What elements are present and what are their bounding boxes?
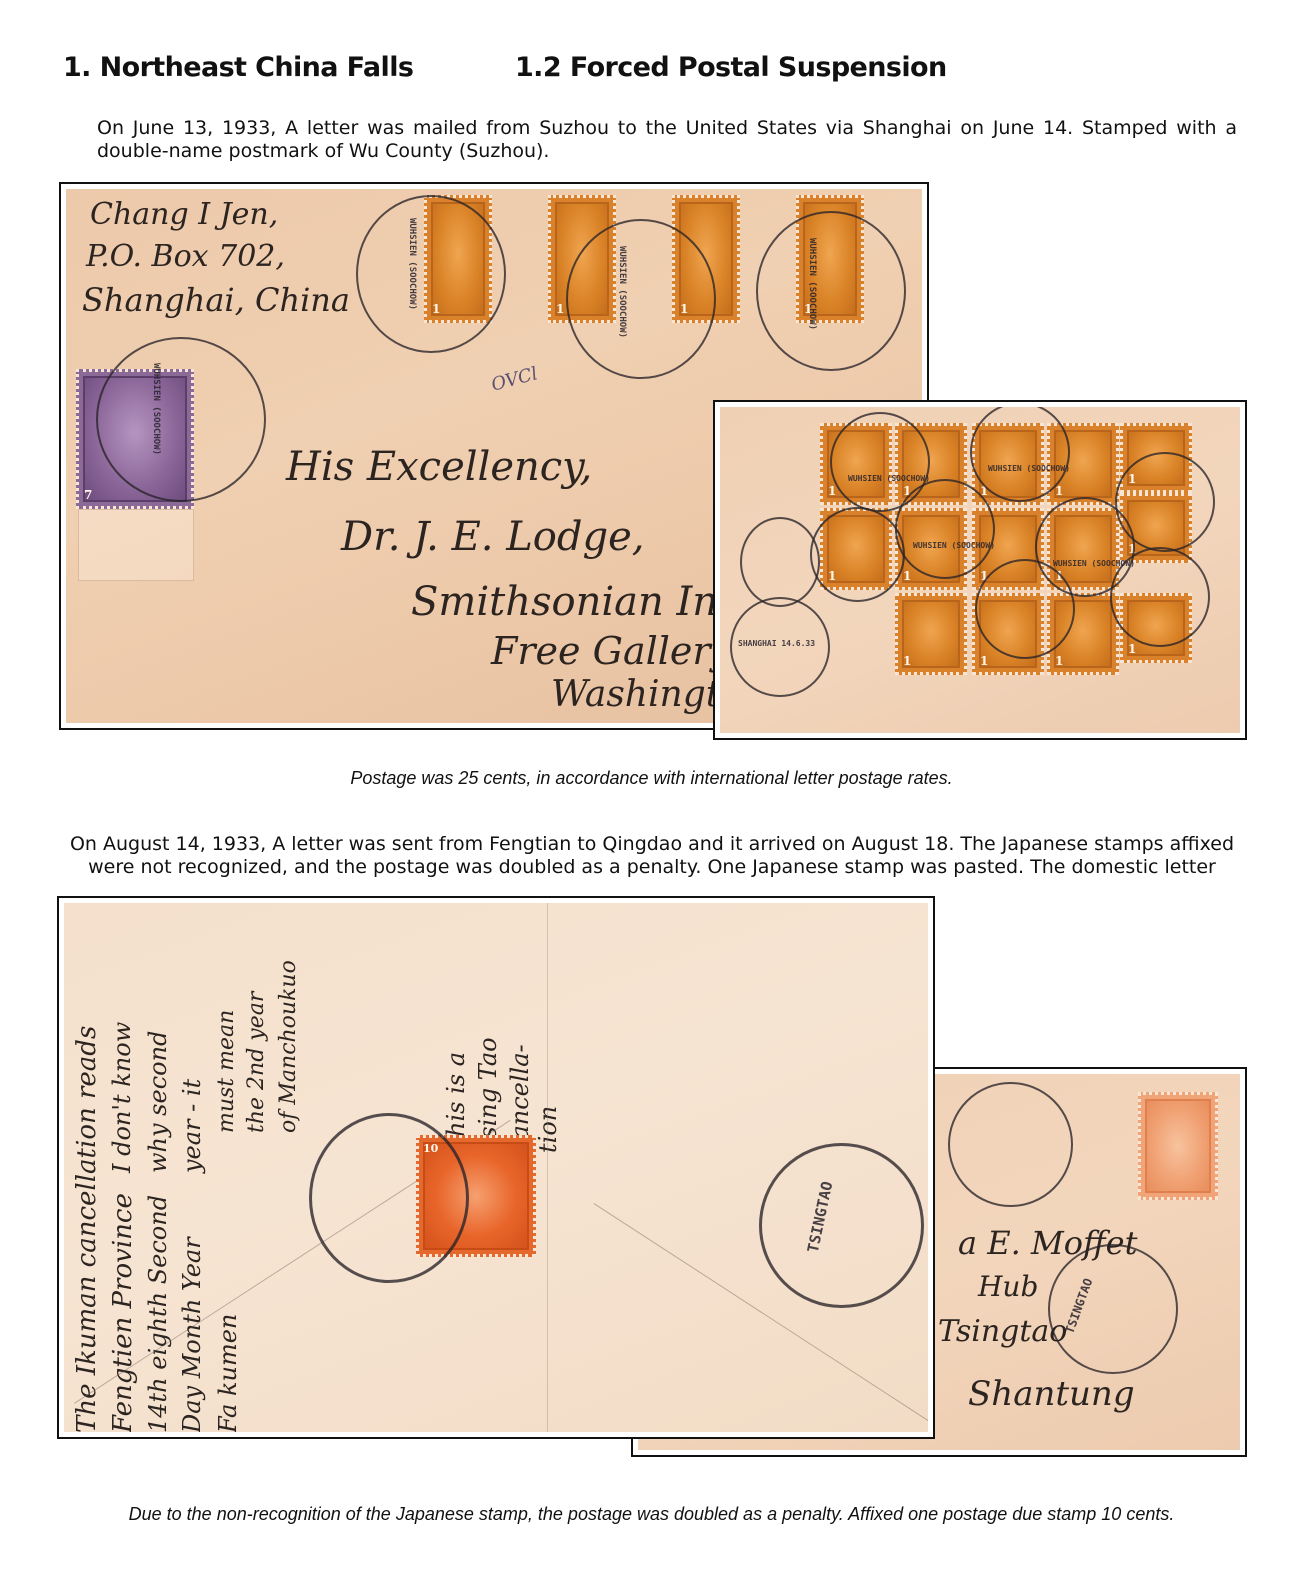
- addressee-line: Hub: [978, 1270, 1038, 1303]
- envelope-flap-edge: [547, 903, 548, 1432]
- annotation-line: The Ikuman cancellation reads: [72, 1026, 102, 1432]
- shanghai-postmark: [740, 517, 820, 607]
- postmark: [948, 1082, 1073, 1207]
- postmark-text: WUHSIEN (SOOCHOW): [807, 238, 817, 330]
- postmark-text: WUHSIEN (SOOCHOW): [848, 474, 930, 483]
- cover1-back-image: 11111111111111WUHSIEN (SOOCHOW)WUHSIEN (…: [713, 400, 1247, 740]
- annotation-line: of Manchoukuo: [276, 960, 301, 1133]
- postmark-text: WUHSIEN (SOOCHOW): [151, 363, 161, 455]
- annotation-line: must mean: [214, 1010, 239, 1133]
- wuhsien-postmark: [756, 211, 906, 371]
- tsingtao-postmark: [759, 1143, 924, 1308]
- addressee-line: Dr. J. E. Lodge,: [341, 514, 644, 560]
- annotation-block: The Ikuman cancellation reads Fengtien P…: [72, 913, 352, 1413]
- addressee-line: Free Gallery: [491, 629, 732, 673]
- sender-line: Chang I Jen,: [90, 197, 278, 232]
- annotation-line: Day Month Year: [178, 1237, 206, 1432]
- pencil-note: OVCl: [489, 363, 540, 395]
- sender-line: Shanghai, China: [82, 281, 350, 319]
- postmark-text: SHANGHAI 14.6.33: [738, 639, 815, 648]
- wuhsien-postmark: [895, 479, 995, 579]
- section-title: 1. Northeast China Falls: [63, 52, 413, 83]
- item1-description: On June 13, 1933, A letter was mailed fr…: [97, 117, 1237, 163]
- annotation-line: the 2nd year: [244, 992, 269, 1133]
- sender-line: P.O. Box 702,: [86, 239, 285, 274]
- annotation-line: year - it: [178, 1079, 206, 1173]
- postmark-text: WUHSIEN (SOOCHOW): [617, 246, 627, 338]
- annotation-line: I don't know: [108, 1022, 136, 1173]
- postmark-text: WUHSIEN (SOOCHOW): [913, 541, 995, 550]
- wuhsien-postmark: [96, 337, 266, 502]
- addressee-line: Smithsonian Ins: [411, 579, 739, 625]
- wuhsien-postmark: [1115, 452, 1215, 552]
- wuhsien-postmark: [566, 219, 716, 379]
- addressee-line: Shantung: [968, 1374, 1135, 1414]
- item2-caption: Due to the non-recognition of the Japane…: [0, 1504, 1303, 1525]
- annotation-line: Fengtien Province: [108, 1193, 138, 1432]
- annotation-line: Fa kumen: [214, 1314, 242, 1432]
- stamp-selvage: [78, 509, 194, 581]
- addressee-line: His Excellency,: [286, 444, 592, 490]
- item2-description: On August 14, 1933, A letter was sent fr…: [62, 833, 1242, 879]
- item1-caption: Postage was 25 cents, in accordance with…: [0, 768, 1303, 789]
- wuhsien-postmark: [356, 195, 506, 353]
- annotation-line: why second: [144, 1031, 172, 1173]
- stamp-1c-orange: 1: [895, 593, 967, 675]
- annotation-line: 14th eighth Second: [144, 1195, 172, 1432]
- japanese-stamp: [1138, 1092, 1218, 1200]
- wuhsien-postmark: [975, 559, 1075, 659]
- wuhsien-postmark: [1110, 547, 1210, 647]
- fengtian-postmark: [309, 1113, 469, 1283]
- postmark-text: WUHSIEN (SOOCHOW): [407, 218, 417, 310]
- arrow-note-line: tion: [534, 1106, 562, 1153]
- postmark-text: WUHSIEN (SOOCHOW): [988, 464, 1070, 473]
- subsection-title: 1.2 Forced Postal Suspension: [515, 52, 947, 83]
- wuhsien-postmark: [810, 507, 905, 602]
- cover2-back-image: The Ikuman cancellation reads Fengtien P…: [57, 896, 935, 1439]
- tsingtao-postmark: [1048, 1244, 1178, 1374]
